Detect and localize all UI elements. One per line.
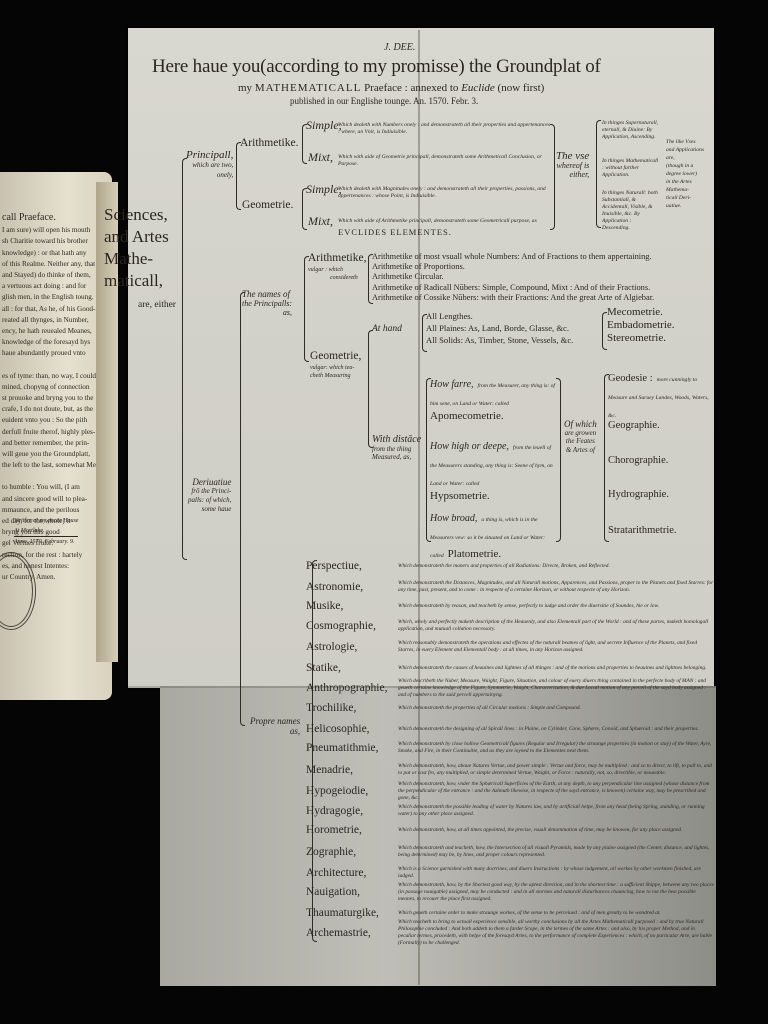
art-name: Zographie,	[306, 846, 392, 858]
root-line: Mathe-	[104, 248, 169, 270]
distance-name: Apomecometrie.	[430, 410, 558, 422]
use-items-brace	[596, 120, 601, 228]
label-line: & Artes of	[564, 446, 597, 455]
book-text-line: es of tyme: than, no way, I could	[2, 371, 106, 382]
art-name: Anthropographie,	[306, 682, 392, 694]
label-line: palls: of which,	[188, 496, 231, 505]
label-line: from the thing	[372, 445, 421, 454]
list-item: Arithmetike of Cossike Nūbers: with thei…	[372, 293, 654, 303]
art-name: Horometrie,	[306, 824, 392, 836]
page-title: Here haue you(according to my promisse) …	[152, 56, 601, 78]
art-name: Perspectiue,	[306, 560, 392, 572]
result-item: Mecometrie.	[607, 306, 675, 319]
subtitle-part: my	[238, 82, 252, 94]
table-row: Zographie,Which demonstrateth and teache…	[306, 841, 714, 863]
at-hand-list: All Lengthes. All Plaines: As, Land, Bor…	[426, 310, 573, 346]
side-note-line: The like Vses	[666, 138, 710, 146]
art-name: Astronomie,	[306, 581, 392, 593]
publication-line: published in our Englishe tounge. An. 15…	[290, 96, 478, 106]
label-line: frō the Princi-	[188, 487, 231, 496]
label-line: the Feates	[564, 437, 597, 446]
root-line: maticall,	[104, 270, 169, 292]
of-which-label: Of which are growen the Feates & Artes o…	[564, 420, 597, 454]
principall-label: Principall, which are two, onely,	[186, 150, 233, 180]
arith-mixt-label: Mixt,	[308, 150, 333, 165]
book-text-line	[2, 471, 106, 482]
label-line: Principall,	[186, 150, 233, 160]
book-text-line: reated all thynges, in Number,	[2, 315, 106, 326]
use-item: In thinges Naturall: both Substantiall, …	[602, 190, 660, 232]
book-text-line: knowledge of the foresayd hys	[2, 337, 106, 348]
art-description: Which demonstrateth by reason, and teach…	[398, 603, 714, 610]
book-text-line: st prouoke and bryng you to the	[2, 393, 106, 404]
list-item: All Lengthes.	[426, 310, 573, 322]
geom-mixt-label: Mixt,	[308, 214, 333, 229]
book-text-line: and better remember, the prin-	[2, 438, 106, 449]
at-hand-label: At hand	[372, 324, 402, 334]
book-text-line: haue abundantly proued vnto	[2, 348, 106, 359]
art-description: Which demonstrateth the causes of heauin…	[398, 665, 714, 672]
list-item: Arithmetike of most vsuall whole Numbers…	[372, 252, 654, 262]
book-text-line: crafe, I do not doute, but, as the	[2, 404, 106, 415]
side-note-line: ticall Deri-	[666, 194, 710, 202]
art-description: Which demonstrateth the properties of al…	[398, 705, 714, 712]
label-line: cheth Measuring	[310, 372, 354, 380]
art-name: Astrologie,	[306, 641, 392, 653]
book-text-line: I am sure) will open his mouth	[2, 225, 106, 236]
geometrie-label: Geometrie.	[242, 199, 293, 211]
with-distance-label: With distāce from the thing Measured, as…	[372, 436, 421, 462]
book-text-line	[2, 360, 106, 371]
side-note-line: uatiue.	[666, 202, 710, 210]
result-item: Embadometrie.	[607, 319, 675, 332]
table-row: Horometrie,Which demonstrateth, how, at …	[306, 819, 714, 841]
principall-brace	[236, 142, 241, 210]
geom-vulgar-brace	[368, 330, 373, 448]
subtitle: my MATHEMATICALL Praeface : annexed to E…	[238, 82, 544, 94]
geom-mixt-desc: Which with aide of Arithmetike principal…	[338, 218, 550, 225]
subtitle-caps: MATHEMATICALL	[255, 82, 362, 94]
use-item: In thinges Supernaturall, eternall, & Di…	[602, 120, 660, 141]
feate-name: Hydrographie.	[608, 489, 669, 500]
book-text-line: the left to the last, somewhat Me-	[2, 460, 106, 471]
book-signature: Written at my poore House At Mortlake. A…	[14, 516, 78, 547]
art-description: Which demonstrateth and teacheth, how, t…	[398, 845, 714, 859]
of-which-brace	[556, 378, 561, 542]
book-text-line: euident vnto you : So the pith	[2, 415, 106, 426]
side-note-line: degree lower)	[666, 170, 710, 178]
use-side-note: The like Vsesand Applications are,(thoug…	[666, 138, 710, 210]
book-text-line: mined, chopyng of connection	[2, 382, 106, 393]
art-name: Archemastrie,	[306, 927, 392, 939]
table-row: Hypogeiodie,Which demonstrateth, how, vn…	[306, 780, 714, 802]
book-heading: call Praeface.	[2, 212, 106, 223]
result-item: Stereometrie.	[607, 332, 675, 345]
distance-item-1: How high or deepe, from the leuell of th…	[430, 436, 558, 502]
book-text-line: of this Realme. Neither any, that	[2, 259, 106, 270]
feate-name: Geographie.	[608, 420, 660, 431]
side-note-line: and Applications are,	[666, 146, 710, 162]
signature-date: Anno. 1570. February. 9.	[14, 536, 78, 547]
label-line: Deriuatiue	[188, 478, 231, 487]
table-row: Musike,Which demonstrateth by reason, an…	[306, 595, 714, 617]
art-description: Which demonstrateth the maners and prope…	[398, 563, 714, 570]
label-line: some haue	[188, 505, 231, 514]
geom-vulgar-label: Geometrie,	[310, 350, 361, 362]
label-line: are growen	[564, 429, 597, 438]
list-item: All Plaines: As, Land, Borde, Glasse, &c…	[426, 322, 573, 334]
euclides-elementes: EVCLIDES ELEMENTES.	[338, 227, 452, 237]
arith-vulgar-label: Arithmetike,	[308, 252, 366, 264]
art-description: Which demonstrateth the designing of all…	[398, 726, 714, 733]
art-description: Which demonstrateth, how, aboue Natures …	[398, 763, 714, 777]
art-description: Which teacheth to bring to actuall exper…	[398, 919, 714, 947]
use-item: In thinges Mathematicall : without farth…	[602, 158, 660, 179]
list-item: All Solids: As, Timber, Stone, Vessels, …	[426, 334, 573, 346]
table-row: Pneumatithmie,Which demonstrateth by clo…	[306, 737, 714, 759]
art-description: Which demonstrateth, how, vnder the Sphæ…	[398, 781, 714, 802]
art-name: Helicosophie,	[306, 723, 392, 735]
list-item: Arithmetike of Proportions.	[372, 262, 654, 272]
art-name: Hypogeiodie,	[306, 785, 392, 797]
label-line: the Principalls:	[242, 299, 292, 308]
art-description: Which describeth the Nuber, Measure, Wai…	[398, 678, 714, 699]
side-note-line: in the Artes	[666, 178, 710, 186]
art-name: Musike,	[306, 600, 392, 612]
side-note-line: Mathema-	[666, 186, 710, 194]
art-name: Cosmographie,	[306, 620, 392, 632]
root-line: Sciences,	[104, 204, 169, 226]
distance-head: How farre,	[430, 379, 474, 390]
art-description: Which reasonably demonstrateth the opera…	[398, 640, 714, 654]
signature-line: Written at my poore House	[14, 516, 78, 526]
distance-head: How broad,	[430, 513, 477, 524]
arith-vulgar-list: Arithmetike of most vsuall whole Numbers…	[372, 252, 654, 303]
feate-item: Geodesie : more cunningly to Measure and…	[608, 368, 712, 422]
root-connector: are, either	[138, 300, 176, 310]
art-name: Hydragogie,	[306, 805, 392, 817]
deriuatiue-brace	[240, 292, 245, 726]
root-label: Sciences, and Artes Mathe- maticall,	[104, 204, 169, 292]
label-line: The names of	[242, 290, 292, 299]
label-line: Propre names	[250, 716, 300, 726]
label-line: onely,	[186, 170, 233, 180]
list-item: Arithmetike Circular.	[372, 272, 654, 282]
deriuatiue-label: Deriuatiue frō the Princi- palls: of whi…	[188, 478, 231, 514]
label-line: considereth	[308, 274, 358, 282]
table-row: Astrologie,Which reasonably demonstratet…	[306, 636, 714, 658]
book-text-line: all : for that, As he, of his Good-	[2, 304, 106, 315]
book-text-line: glish men, in the English toung.	[2, 292, 106, 303]
table-row: Anthropographie,Which describeth the Nub…	[306, 677, 714, 699]
table-row: Statike,Which demonstrateth the causes o…	[306, 657, 714, 679]
arithmetike-label: Arithmetike.	[240, 137, 298, 149]
root-line: and Artes	[104, 226, 169, 248]
table-row: Trochilike,Which demonstrateth the prope…	[306, 697, 714, 719]
author-mark: J. DEE.	[384, 42, 415, 53]
feate-name: Stratarithmetrie.	[608, 525, 677, 536]
names-label: The names of the Principalls: as,	[242, 290, 292, 317]
label-line: as,	[250, 726, 300, 736]
geom-simple-desc: Which dealeth with Magnitudes onely : an…	[338, 186, 550, 200]
geom-simple-label: Simple,	[306, 182, 342, 197]
use-brace	[550, 124, 555, 230]
feate-name: Chorographie.	[608, 455, 668, 466]
art-name: Thaumaturgike,	[306, 907, 392, 919]
use-label: The vse whereof is either,	[556, 152, 589, 179]
art-name: Trochilike,	[306, 702, 392, 714]
arith-simple-desc: Which dealeth with Numbers onely : and d…	[338, 122, 550, 136]
art-description: Which demonstrateth the Distances, Magni…	[398, 580, 714, 594]
arith-vulgar-sub: vulgar : which considereth	[308, 266, 358, 282]
subtitle-part: (now first)	[498, 82, 545, 94]
table-row: Nauigation,Which demonstrateth, how, by …	[306, 881, 714, 903]
book-text-line: will geue you the Groundplatt,	[2, 449, 106, 460]
distance-item-0: How farre, from the Measurer, any thing …	[430, 374, 558, 422]
at-hand-results: Mecometrie. Embadometrie. Stereometrie.	[607, 306, 675, 345]
art-name: Statike,	[306, 662, 392, 674]
label-line: The vse	[556, 152, 589, 161]
table-row: Archemastrie,Which teacheth to bring to …	[306, 922, 714, 944]
book-text-line: to humble : You will, (I am	[2, 482, 106, 493]
book-text-line: knowledge) : or that hath any	[2, 248, 106, 259]
subtitle-part: Praeface : annexed to	[364, 82, 458, 94]
art-name: Nauigation,	[306, 886, 392, 898]
label-line: Measured, as,	[372, 453, 421, 462]
book-text-line: and sincere good will to plea-	[2, 494, 106, 505]
art-name: Menadrie,	[306, 764, 392, 776]
distance-name: Hypsometrie.	[430, 490, 558, 502]
propre-label: Propre names as,	[250, 716, 300, 736]
label-line: With distāce	[372, 436, 421, 445]
book-text-line: sh Charitie toward his brother	[2, 236, 106, 247]
art-description: Which demonstrateth the possible leading…	[398, 804, 714, 818]
subtitle-euclide: Euclide	[461, 82, 495, 94]
label-line: as,	[242, 308, 292, 317]
label-line: vulgar : which	[308, 266, 358, 274]
geom-vulgar-sub: vulgar: which tea- cheth Measuring	[310, 364, 354, 380]
label-line: Of which	[564, 420, 597, 429]
root-brace	[182, 158, 187, 560]
list-item: Arithmetike of Radicall Nūbers: Simple, …	[372, 283, 654, 293]
art-description: Which is a Science garnished with many d…	[398, 866, 714, 880]
art-description: Which demonstrateth, how, by the Shortes…	[398, 882, 714, 903]
label-line: whereof is	[556, 161, 589, 170]
distance-head: How high or deepe,	[430, 441, 509, 452]
art-name: Pneumatithmie,	[306, 742, 392, 754]
book-text-line: a vertuous act doing : and for	[2, 281, 106, 292]
feate-name: Geodesie :	[608, 373, 653, 384]
table-row: Menadrie,Which demonstrateth, how, aboue…	[306, 759, 714, 781]
art-description: Which, wholy and perfectly maketh descri…	[398, 619, 714, 633]
label-line: vulgar: which tea-	[310, 364, 354, 372]
art-description: Which demonstrateth, how, at all times a…	[398, 827, 714, 834]
book-text-line: and Stayed) do thinke of them,	[2, 270, 106, 281]
art-description: Which demonstrateth by close hollow Geom…	[398, 741, 714, 755]
signature-line: At Mortlake.	[14, 526, 78, 536]
distance-item-2: How broad, a thing is, which is in the M…	[430, 508, 558, 562]
art-name: Architecture,	[306, 867, 392, 879]
table-row: Cosmographie,Which, wholy and perfectly …	[306, 615, 714, 637]
label-line: either,	[556, 170, 589, 179]
side-note-line: (though in a	[666, 162, 710, 170]
book-text-line: ency, he hath reuealed Meanes,	[2, 326, 106, 337]
arith-simple-label: Simple,	[306, 118, 342, 133]
arith-mixt-desc: Which with aide of Geometrie principall,…	[338, 154, 550, 168]
label-line: which are two,	[186, 160, 233, 170]
book-text-line: mmaunce, and the perilous	[2, 505, 106, 516]
book-text-line: derfull fruite therof, highly ples-	[2, 427, 106, 438]
table-row: Perspectiue,Which demonstrateth the mane…	[306, 555, 714, 577]
art-description: Which geueth certaine order to make stra…	[398, 910, 714, 917]
